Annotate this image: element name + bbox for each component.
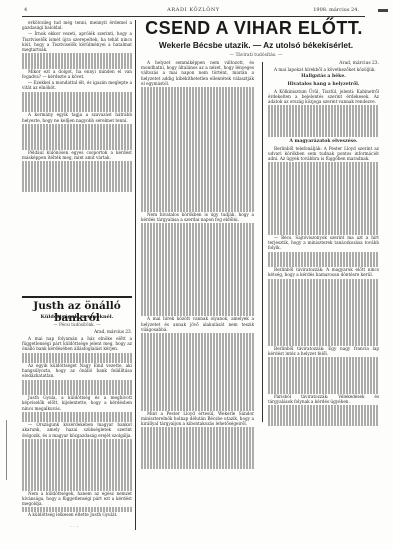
paragraph: — Bécs. Sajtóviszonyok szerint ma azt a … (268, 235, 379, 251)
paragraph: Berlinből telefonálják: A Pester Lloyd s… (268, 146, 379, 162)
article-subtitle: Küldöttségek az elnöknél. (22, 314, 132, 320)
paragraph: Nem a küldöttségek, hanem az egész nemze… (22, 491, 132, 507)
main-subheadline: Wekerle Bécsbe utazik. — Az utolsó békek… (138, 40, 374, 50)
section-heading: A magyarázatok elveszése. (268, 139, 379, 144)
paragraph: Berlinből táviratozzák: A magyarok előtt… (268, 267, 379, 277)
paragraph: Párisból táviratozzák: Vélekedések és tá… (268, 394, 379, 404)
paragraph: A küldöttség lelkesen éltette Justh Gyul… (22, 512, 132, 517)
paragraph: — Országunk közérdekében magyar bankot a… (22, 422, 132, 438)
paragraph: A helyzet semmiképpen nem változott, és … (141, 60, 254, 86)
paragraph: Mint a Pester Lloyd értesül, Wekerle Sán… (141, 411, 254, 427)
issue-date: 1908. március 24. (313, 7, 359, 13)
dateline: Arad, március 23. (268, 61, 379, 66)
section-heading: Hallgatás a béke. (268, 74, 379, 79)
paragraph: Például különösen egyes csoportok a kérd… (22, 150, 132, 160)
paragraph: A mai hírek között vannak olyanok, amely… (141, 316, 254, 332)
article-dateline: Arad, március 23. (22, 329, 132, 334)
scan-artifact (6, 420, 7, 480)
right-column: Arad, március 23. A mai lapokat hírekből… (268, 60, 379, 426)
boxed-article-body: A mai nap folyamán a ház elnöke előtt a … (22, 336, 132, 519)
paragraph: Justh Gyula, a küldöttség és a meghívott… (22, 395, 132, 411)
section-heading: Hivatalos hang a helyzetről. (268, 82, 379, 87)
paragraph: A kormány egyik tagja a szavazást hátráb… (22, 112, 132, 122)
paragraph: Mikor ezt a dolgot, ha ennyi minden el v… (22, 69, 132, 79)
column-rule (135, 20, 136, 530)
column-rule (262, 62, 263, 422)
paragraph: A Kölkinisztum Ürül, Tisztül, jelenti: K… (268, 89, 379, 105)
paragraph: Nem hivatalos körökben is úgy tudják, ho… (141, 212, 254, 222)
left-column: erkölcsileg tud még tenni, mennyit érdem… (22, 20, 132, 192)
main-headline: CSEND A VIHAR ELŐTT. (140, 18, 368, 38)
paragraph: A mai lapokat hírekből a következőket kö… (268, 67, 379, 72)
running-head: 4 ARADI KÖZLÖNY 1908. március 24. (22, 6, 365, 17)
paragraph: Az egyik küldöttséget Nagy Emil vezette,… (22, 363, 132, 379)
paragraph: A mai nap folyamán a ház elnöke előtt a … (22, 336, 132, 352)
paragraph: erkölcsileg tud még tenni, mennyit érdem… (22, 20, 132, 30)
middle-column: A helyzet semmiképpen nem változott, és … (141, 60, 254, 469)
paragraph: — Ezekkel a mondattal élt, és igazán meg… (22, 80, 132, 90)
paragraph: Berlinből táviratozzák: Egy nagy francia… (268, 346, 379, 356)
main-byline: — Távirati tudósítás. — (138, 53, 374, 58)
newspaper-page: 4 ARADI KÖZLÖNY 1908. március 24. erkölc… (0, 0, 393, 550)
paragraph: — Írnok ekkor vezeti, aprólék szerinti, … (22, 31, 132, 52)
page-edge-mark (378, 9, 388, 12)
end-mark: · · · (70, 524, 78, 530)
article-byline: — Pécsi tudósítónk. — (22, 322, 132, 327)
